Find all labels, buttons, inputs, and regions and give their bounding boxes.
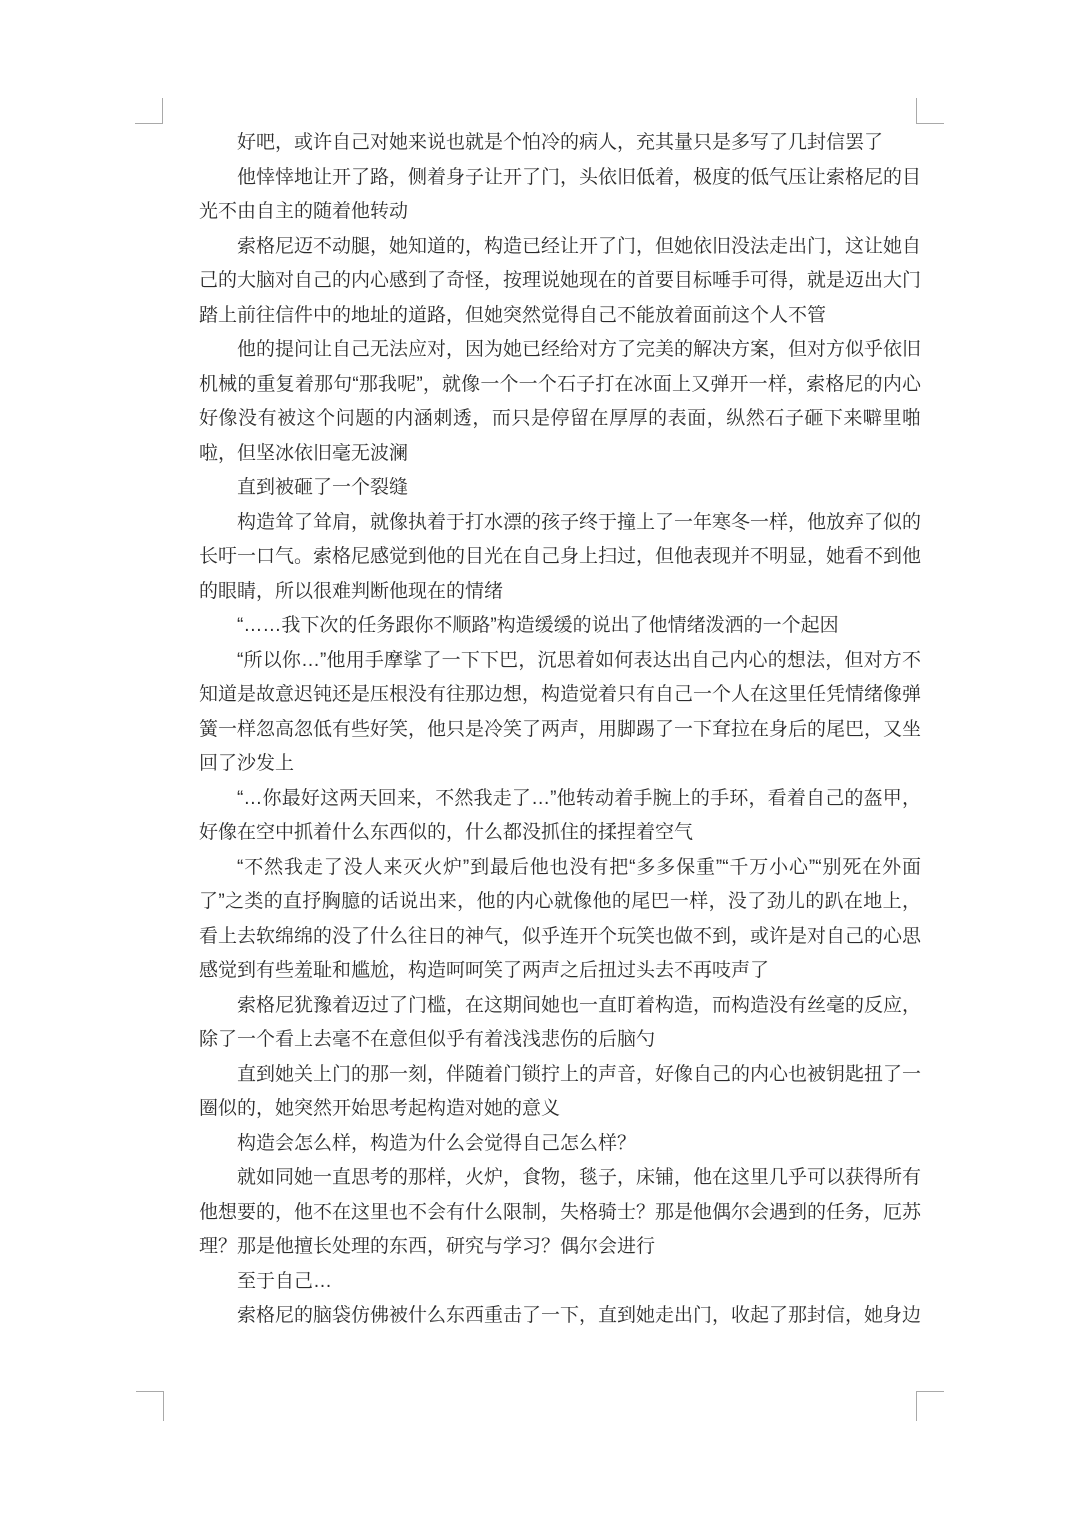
paragraph: 至于自己… — [199, 1265, 921, 1300]
margin-crop-mark-top-right — [916, 98, 944, 124]
paragraph: 他悻悻地让开了路，侧着身子让开了门，头依旧低着，极度的低气压让索格尼的目光不由自… — [199, 161, 921, 230]
paragraph: 构造会怎么样，构造为什么会觉得自己怎么样？ — [199, 1127, 921, 1162]
paragraph: 索格尼的脑袋仿佛被什么东西重击了一下，直到她走出门，收起了那封信，她身边 — [199, 1299, 921, 1334]
margin-crop-mark-top-left — [135, 98, 163, 124]
margin-crop-mark-bottom-left — [136, 1391, 164, 1421]
paragraph: “不然我走了没人来灭火炉”到最后他也没有把“多多保重”“千万小心”“别死在外面了… — [199, 851, 921, 989]
paragraph: 直到她关上门的那一刻，伴随着门锁拧上的声音，好像自己的内心也被钥匙扭了一圈似的，… — [199, 1058, 921, 1127]
paragraph: 直到被砸了一个裂缝 — [199, 471, 921, 506]
paragraph: 好吧，或许自己对她来说也就是个怕冷的病人，充其量只是多写了几封信罢了 — [199, 126, 921, 161]
paragraph: 构造耸了耸肩，就像执着于打水漂的孩子终于撞上了一年寒冬一样，他放弃了似的长吁一口… — [199, 506, 921, 610]
paragraph: “所以你…”他用手摩挲了一下下巴，沉思着如何表达出自己内心的想法，但对方不知道是… — [199, 644, 921, 782]
paragraph: 就如同她一直思考的那样，火炉，食物，毯子，床铺，他在这里几乎可以获得所有他想要的… — [199, 1161, 921, 1265]
margin-crop-mark-bottom-right — [916, 1391, 944, 1421]
paragraph: “…你最好这两天回来，不然我走了…”他转动着手腕上的手环，看着自己的盔甲，好像在… — [199, 782, 921, 851]
document-page: 好吧，或许自己对她来说也就是个怕冷的病人，充其量只是多写了几封信罢了 他悻悻地让… — [0, 0, 1079, 1520]
paragraph: 索格尼迈不动腿，她知道的，构造已经让开了门，但她依旧没法走出门，这让她自己的大脑… — [199, 230, 921, 334]
paragraph: “……我下次的任务跟你不顺路”构造缓缓的说出了他情绪泼洒的一个起因 — [199, 609, 921, 644]
paragraph: 他的提问让自己无法应对，因为她已经给对方了完美的解决方案，但对方似乎依旧机械的重… — [199, 333, 921, 471]
document-text-area: 好吧，或许自己对她来说也就是个怕冷的病人，充其量只是多写了几封信罢了 他悻悻地让… — [199, 126, 921, 1334]
paragraph: 索格尼犹豫着迈过了门槛，在这期间她也一直盯着构造，而构造没有丝毫的反应，除了一个… — [199, 989, 921, 1058]
